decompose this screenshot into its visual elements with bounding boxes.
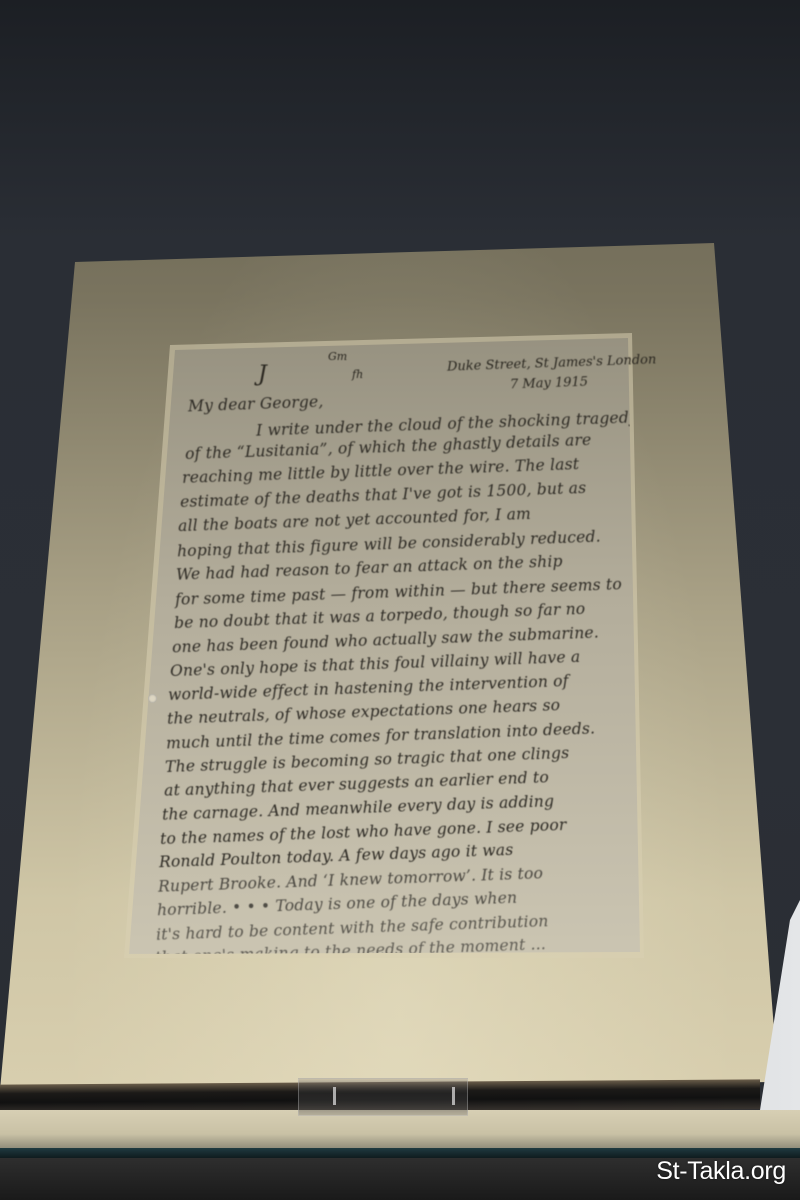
letter-salutation: My dear George, <box>188 393 324 416</box>
display-shelf <box>0 1110 800 1150</box>
museum-display: J Gm fh Duke Street, St James's London 7… <box>0 0 800 1200</box>
watermark: St-Takla.org <box>656 1157 786 1186</box>
letter-line: all the boats are not yet accounted for,… <box>178 505 531 535</box>
letter-body: My dear George, I write under the cloud … <box>140 345 640 955</box>
acrylic-clip <box>298 1078 468 1116</box>
